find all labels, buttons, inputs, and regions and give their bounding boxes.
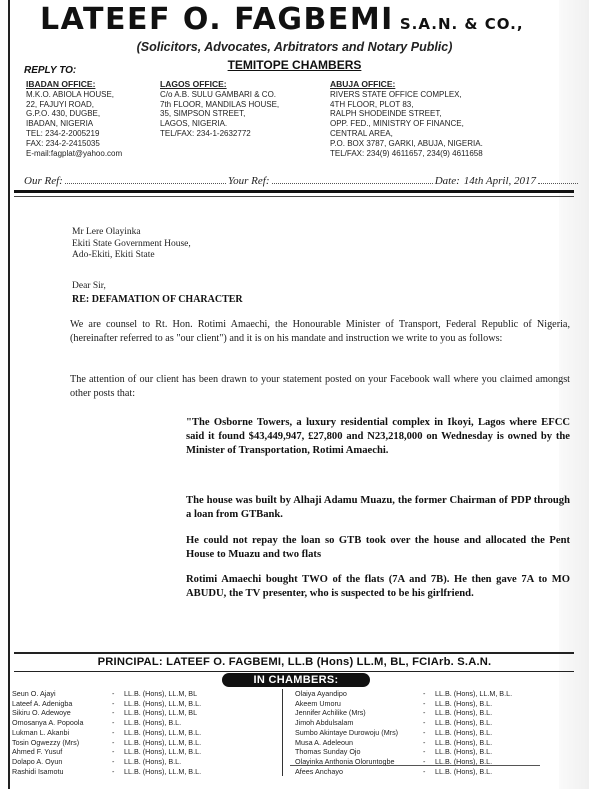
member-separator: - bbox=[112, 767, 124, 777]
member-separator: - bbox=[423, 747, 435, 757]
your-ref-blank bbox=[272, 175, 433, 184]
office-line: 7th FLOOR, MANDILAS HOUSE, bbox=[160, 100, 279, 110]
office-line: FAX: 234-2-2415035 bbox=[26, 139, 122, 149]
member-name: Olaiya Ayandipo bbox=[295, 689, 423, 699]
date-label: Date: bbox=[435, 175, 460, 187]
member-row: Olaiya Ayandipo-LL.B. (Hons), LL.M, B.L. bbox=[295, 689, 585, 699]
member-row: Lateef A. Adenigba-LL.B. (Hons), LL.M, B… bbox=[12, 699, 274, 709]
office-line: TEL/FAX: 234-1-2632772 bbox=[160, 129, 279, 139]
footer-divider-thin bbox=[14, 671, 574, 672]
office-line: LAGOS, NIGERIA. bbox=[160, 119, 279, 129]
quoted-paragraph: The house was built by Alhaji Adamu Muaz… bbox=[186, 494, 570, 522]
member-row: Sumbo Akintaye Durowoju (Mrs)-LL.B. (Hon… bbox=[295, 728, 585, 738]
quoted-paragraph: "The Osborne Towers, a luxury residentia… bbox=[186, 416, 570, 458]
subject-line: RE: DEFAMATION OF CHARACTER bbox=[72, 294, 243, 305]
member-row: Afees Anchayo-LL.B. (Hons), B.L. bbox=[295, 767, 585, 777]
member-name: Akeem Umoru bbox=[295, 699, 423, 709]
your-ref-label: Your Ref: bbox=[228, 175, 269, 187]
member-row: Jennifer Achilike (Mrs)-LL.B. (Hons), B.… bbox=[295, 708, 585, 718]
our-ref-label: Our Ref: bbox=[24, 175, 63, 187]
member-row: Lukman L. Akanbi-LL.B. (Hons), LL.M, B.L… bbox=[12, 728, 274, 738]
member-qualifications: LL.B. (Hons), B.L. bbox=[124, 718, 181, 728]
office-line: 35, SIMPSON STREET, bbox=[160, 109, 279, 119]
office-lagos: LAGOS OFFICE: C/o A.B. SULU GAMBARI & CO… bbox=[160, 80, 279, 139]
recipient-name: Mr Lere Olayinka bbox=[72, 227, 191, 239]
our-ref-blank bbox=[65, 175, 226, 184]
member-row: Rashidi Isamotu-LL.B. (Hons), LL.M, B.L. bbox=[12, 767, 274, 777]
in-chambers-badge: IN CHAMBERS: bbox=[222, 673, 370, 687]
member-name: Omosanya A. Popoola bbox=[12, 718, 112, 728]
member-separator: - bbox=[423, 767, 435, 777]
member-separator: - bbox=[423, 718, 435, 728]
member-qualifications: LL.B. (Hons), B.L. bbox=[435, 738, 492, 748]
firm-suffix: S.A.N. & CO., bbox=[400, 15, 524, 33]
header-divider bbox=[14, 190, 574, 193]
member-qualifications: LL.B. (Hons), LL.M, B.L. bbox=[124, 728, 201, 738]
office-line: RALPH SHODEINDE STREET, bbox=[330, 109, 483, 119]
office-title: IBADAN OFFICE: bbox=[26, 80, 122, 90]
member-qualifications: LL.B. (Hons), B.L. bbox=[435, 699, 492, 709]
member-separator: - bbox=[112, 699, 124, 709]
member-separator: - bbox=[112, 738, 124, 748]
member-qualifications: LL.B. (Hons), LL.M, BL bbox=[124, 708, 197, 718]
salutation: Dear Sir, bbox=[72, 281, 106, 291]
header-divider-thin bbox=[14, 196, 574, 197]
body-paragraph: We are counsel to Rt. Hon. Rotimi Amaech… bbox=[70, 318, 570, 345]
member-name: Thomas Sunday Ojo bbox=[295, 747, 423, 757]
members-list-right: Olaiya Ayandipo-LL.B. (Hons), LL.M, B.L.… bbox=[282, 689, 585, 776]
office-title: ABUJA OFFICE: bbox=[330, 80, 483, 90]
member-name: Tosin Ogwezzy (Mrs) bbox=[12, 738, 112, 748]
member-qualifications: LL.B. (Hons), B.L. bbox=[435, 728, 492, 738]
member-row: Ahmed F. Yusuf-LL.B. (Hons), LL.M, B.L. bbox=[12, 747, 274, 757]
date-value: 14th April, 2017 bbox=[464, 175, 536, 187]
member-separator: - bbox=[423, 699, 435, 709]
reply-to-label: REPLY TO: bbox=[24, 65, 76, 76]
member-qualifications: LL.B. (Hons), B.L. bbox=[435, 718, 492, 728]
office-line: RIVERS STATE OFFICE COMPLEX, bbox=[330, 90, 483, 100]
member-row: Dolapo A. Oyun-LL.B. (Hons), B.L. bbox=[12, 757, 274, 767]
office-email: E-mail:fagplat@yahoo.com bbox=[26, 149, 122, 159]
office-line: IBADAN, NIGERIA bbox=[26, 119, 122, 129]
office-line: 22, FAJUYI ROAD, bbox=[26, 100, 122, 110]
member-name: Musa A. Adeleoun bbox=[295, 738, 423, 748]
member-qualifications: LL.B. (Hons), LL.M, B.L. bbox=[124, 767, 201, 777]
body-paragraph: The attention of our client has been dra… bbox=[70, 373, 570, 400]
member-name: Ahmed F. Yusuf bbox=[12, 747, 112, 757]
firm-subtitle: (Solicitors, Advocates, Arbitrators and … bbox=[0, 40, 589, 54]
member-row: Tosin Ogwezzy (Mrs)-LL.B. (Hons), LL.M, … bbox=[12, 738, 274, 748]
office-line: M.K.O. ABIOLA HOUSE, bbox=[26, 90, 122, 100]
member-separator: - bbox=[112, 757, 124, 767]
member-qualifications: LL.B. (Hons), B.L. bbox=[124, 757, 181, 767]
member-qualifications: LL.B. (Hons), B.L. bbox=[435, 708, 492, 718]
member-separator: - bbox=[112, 708, 124, 718]
office-line: G.P.O. 430, DUGBE, bbox=[26, 109, 122, 119]
member-separator: - bbox=[423, 689, 435, 699]
office-abuja: ABUJA OFFICE: RIVERS STATE OFFICE COMPLE… bbox=[330, 80, 483, 158]
member-row: Musa A. Adeleoun-LL.B. (Hons), B.L. bbox=[295, 738, 585, 748]
member-separator: - bbox=[423, 708, 435, 718]
firm-name: LATEEF O. FAGBEMI bbox=[40, 2, 394, 37]
member-name: Lateef A. Adenigba bbox=[12, 699, 112, 709]
member-separator: - bbox=[112, 747, 124, 757]
office-title: LAGOS OFFICE: bbox=[160, 80, 279, 90]
members-list-left: Seun O. Ajayi-LL.B. (Hons), LL.M, BLLate… bbox=[12, 689, 274, 776]
recipient-address: Mr Lere Olayinka Ekiti State Government … bbox=[72, 227, 191, 262]
recipient-line: Ekiti State Government House, bbox=[72, 239, 191, 251]
member-qualifications: LL.B. (Hons), LL.M, B.L. bbox=[124, 738, 201, 748]
member-qualifications: LL.B. (Hons), LL.M, BL bbox=[124, 689, 197, 699]
member-separator: - bbox=[423, 728, 435, 738]
office-line: P.O. BOX 3787, GARKI, ABUJA, NIGERIA. bbox=[330, 139, 483, 149]
member-name: Sumbo Akintaye Durowoju (Mrs) bbox=[295, 728, 423, 738]
member-row: Thomas Sunday Ojo-LL.B. (Hons), B.L. bbox=[295, 747, 585, 757]
member-separator: - bbox=[112, 689, 124, 699]
office-line: CENTRAL AREA, bbox=[330, 129, 483, 139]
member-name: Sikiru O. Adewoye bbox=[12, 708, 112, 718]
member-row: Omosanya A. Popoola-LL.B. (Hons), B.L. bbox=[12, 718, 274, 728]
office-line: C/o A.B. SULU GAMBARI & CO. bbox=[160, 90, 279, 100]
member-qualifications: LL.B. (Hons), LL.M, B.L. bbox=[124, 747, 201, 757]
member-row: Sikiru O. Adewoye-LL.B. (Hons), LL.M, BL bbox=[12, 708, 274, 718]
member-name: Seun O. Ajayi bbox=[12, 689, 112, 699]
office-line: TEL/FAX: 234(9) 4611657, 234(9) 4611658 bbox=[330, 149, 483, 159]
member-qualifications: LL.B. (Hons), B.L. bbox=[435, 747, 492, 757]
member-qualifications: LL.B. (Hons), LL.M, B.L. bbox=[124, 699, 201, 709]
member-qualifications: LL.B. (Hons), B.L. bbox=[435, 767, 492, 777]
member-separator: - bbox=[112, 718, 124, 728]
chambers-name: TEMITOPE CHAMBERS bbox=[0, 58, 589, 72]
left-margin-rule bbox=[8, 0, 10, 789]
quoted-paragraph: Rotimi Amaechi bought TWO of the flats (… bbox=[186, 573, 570, 601]
member-separator: - bbox=[423, 738, 435, 748]
reference-line: Our Ref: Your Ref: Date: 14th April, 201… bbox=[24, 175, 580, 187]
member-name: Dolapo A. Oyun bbox=[12, 757, 112, 767]
member-name: Jimoh Abdulsalam bbox=[295, 718, 423, 728]
office-line: TEL: 234-2-2005219 bbox=[26, 129, 122, 139]
quoted-paragraph: He could not repay the loan so GTB took … bbox=[186, 534, 570, 562]
member-name: Rashidi Isamotu bbox=[12, 767, 112, 777]
member-separator: - bbox=[112, 728, 124, 738]
office-line: OPP. FED., MINISTRY OF FINANCE, bbox=[330, 119, 483, 129]
bottom-divider bbox=[290, 765, 540, 766]
member-name: Afees Anchayo bbox=[295, 767, 423, 777]
member-row: Jimoh Abdulsalam-LL.B. (Hons), B.L. bbox=[295, 718, 585, 728]
footer-divider bbox=[14, 652, 574, 654]
member-qualifications: LL.B. (Hons), LL.M, B.L. bbox=[435, 689, 512, 699]
firm-name-heading: LATEEF O. FAGBEMIS.A.N. & CO., bbox=[40, 2, 570, 37]
recipient-line: Ado-Ekiti, Ekiti State bbox=[72, 250, 191, 262]
member-name: Jennifer Achilike (Mrs) bbox=[295, 708, 423, 718]
office-ibadan: IBADAN OFFICE: M.K.O. ABIOLA HOUSE, 22, … bbox=[26, 80, 122, 158]
date-trailing-dots bbox=[538, 175, 578, 184]
member-row: Seun O. Ajayi-LL.B. (Hons), LL.M, BL bbox=[12, 689, 274, 699]
principal-line: PRINCIPAL: LATEEF O. FAGBEMI, LL.B (Hons… bbox=[0, 656, 589, 668]
office-line: 4TH FLOOR, PLOT 83, bbox=[330, 100, 483, 110]
member-row: Akeem Umoru-LL.B. (Hons), B.L. bbox=[295, 699, 585, 709]
member-name: Lukman L. Akanbi bbox=[12, 728, 112, 738]
